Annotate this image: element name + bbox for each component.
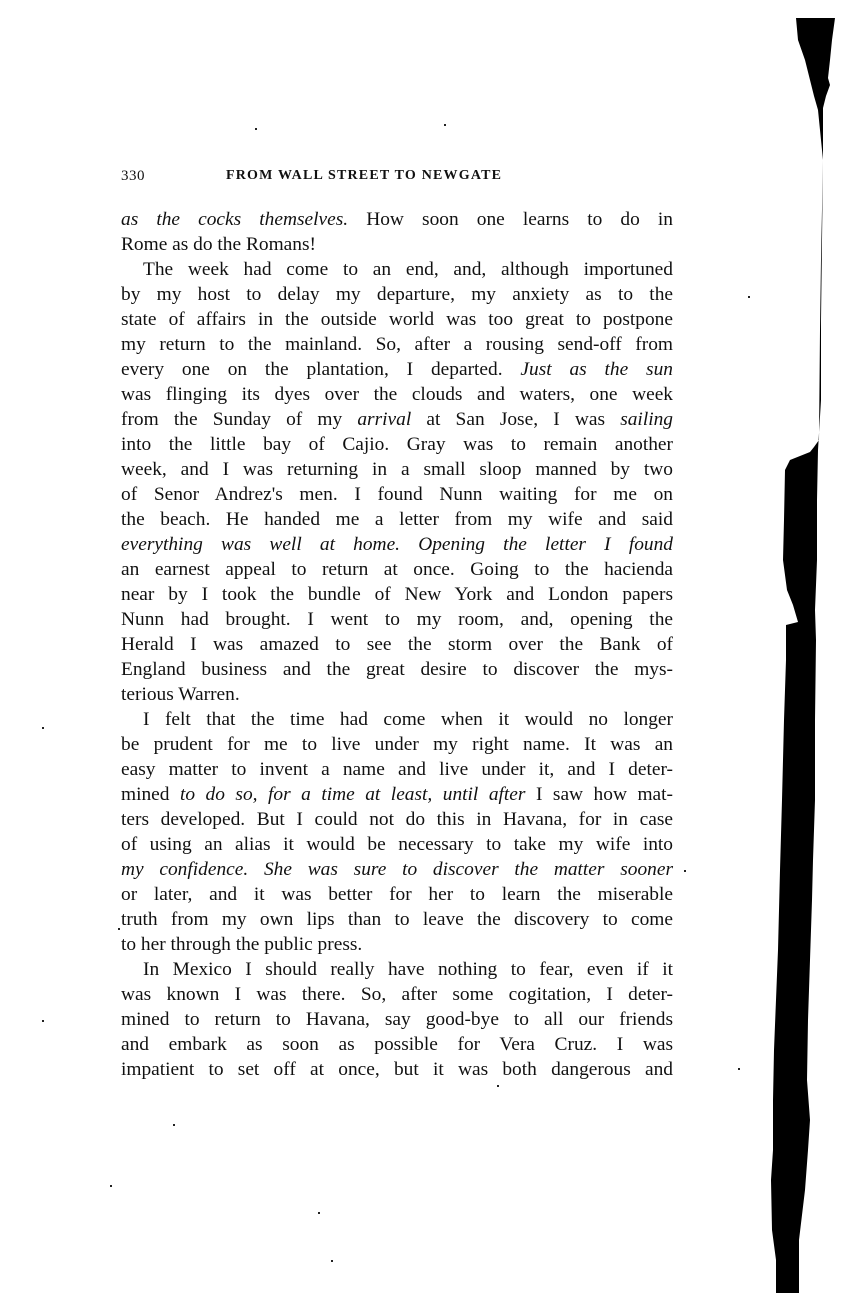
text-line: state of affairs in the outside world wa… [121, 307, 673, 332]
text-span: to her through the public press. [121, 934, 362, 955]
text-line: every one on the plantation, I departed.… [121, 357, 673, 382]
text-span: at San Jose, I was [411, 409, 620, 430]
text-span: the beach. He handed me a letter from my… [121, 509, 673, 530]
text-span: my return to the mainland. So, after a r… [121, 334, 673, 355]
text-line: of Senor Andrez's men. I found Nunn wait… [121, 482, 673, 507]
text-line: Herald I was amazed to see the storm ove… [121, 632, 673, 657]
text-span: easy matter to invent a name and live un… [121, 759, 673, 780]
scan-speck [738, 1068, 740, 1070]
text-line: the beach. He handed me a letter from my… [121, 507, 673, 532]
text-line: week, and I was returning in a small slo… [121, 457, 673, 482]
text-span: I saw how mat- [525, 784, 673, 805]
text-span: state of affairs in the outside world wa… [121, 309, 673, 330]
text-span: by my host to delay my departure, my anx… [121, 284, 673, 305]
text-span: week, and I was returning in a small slo… [121, 459, 673, 480]
scan-speck [684, 870, 686, 872]
italic-text-span: sailing [620, 409, 673, 430]
text-line: was known I was there. So, after some co… [121, 982, 673, 1007]
scan-speck [173, 1124, 175, 1126]
scan-speck [255, 128, 257, 130]
text-span: of Senor Andrez's men. I found Nunn wait… [121, 484, 673, 505]
body-text: as the cocks themselves. How soon one le… [121, 207, 673, 1082]
scan-speck [110, 1185, 112, 1187]
text-line: and embark as soon as possible for Vera … [121, 1032, 673, 1057]
text-span: every one on the plantation, I departed. [121, 359, 520, 380]
italic-text-span: as the cocks themselves. [121, 209, 348, 230]
scan-speck [118, 928, 120, 930]
text-line: as the cocks themselves. How soon one le… [121, 207, 673, 232]
text-line: everything was well at home. Opening the… [121, 532, 673, 557]
text-span: impatient to set off at once, but it was… [121, 1059, 673, 1080]
text-span: I felt that the time had come when it wo… [143, 709, 673, 730]
text-line: In Mexico I should really have nothing t… [121, 957, 673, 982]
text-line: my return to the mainland. So, after a r… [121, 332, 673, 357]
text-span: How soon one learns to do in [348, 209, 673, 230]
text-span: was known I was there. So, after some co… [121, 984, 673, 1005]
italic-text-span: my confidence. She was sure to discover … [121, 859, 673, 880]
text-line: into the little bay of Cajio. Gray was t… [121, 432, 673, 457]
italic-text-span: everything was well at home. Opening the… [121, 534, 673, 555]
text-line: to her through the public press. [121, 932, 673, 957]
text-span: truth from my own lips than to leave the… [121, 909, 673, 930]
text-span: of using an alias it would be necessary … [121, 834, 673, 855]
text-line: impatient to set off at once, but it was… [121, 1057, 673, 1082]
text-span: be prudent for me to live under my right… [121, 734, 673, 755]
text-span: an earnest appeal to return at once. Goi… [121, 559, 673, 580]
text-line: terious Warren. [121, 682, 673, 707]
text-line: of using an alias it would be necessary … [121, 832, 673, 857]
text-line: mined to return to Havana, say good-bye … [121, 1007, 673, 1032]
scanned-book-page: 330 FROM WALL STREET TO NEWGATE as the c… [0, 0, 844, 1306]
text-line: The week had come to an end, and, althou… [121, 257, 673, 282]
text-line: Rome as do the Romans! [121, 232, 673, 257]
text-span: ters developed. But I could not do this … [121, 809, 673, 830]
text-span: Rome as do the Romans! [121, 234, 316, 255]
text-span: was flinging its dyes over the clouds an… [121, 384, 673, 405]
scan-speck [497, 1085, 499, 1087]
scan-speck [331, 1260, 333, 1262]
scan-speck [42, 727, 44, 729]
text-line: mined to do so, for a time at least, unt… [121, 782, 673, 807]
text-span: The week had come to an end, and, althou… [143, 259, 673, 280]
text-span: Nunn had brought. I went to my room, and… [121, 609, 673, 630]
text-span: from the Sunday of my [121, 409, 357, 430]
text-line: was flinging its dyes over the clouds an… [121, 382, 673, 407]
running-head: 330 FROM WALL STREET TO NEWGATE [121, 168, 681, 190]
text-line: near by I took the bundle of New York an… [121, 582, 673, 607]
text-line: truth from my own lips than to leave the… [121, 907, 673, 932]
text-span: or later, and it was better for her to l… [121, 884, 673, 905]
text-line: my confidence. She was sure to discover … [121, 857, 673, 882]
text-line: England business and the great desire to… [121, 657, 673, 682]
text-span: Herald I was amazed to see the storm ove… [121, 634, 673, 655]
italic-text-span: to do so, for a time at least, until aft… [180, 784, 525, 805]
scan-speck [444, 124, 446, 126]
text-span: terious Warren. [121, 684, 240, 705]
scan-speck [42, 1020, 44, 1022]
scan-speck [318, 1212, 320, 1214]
text-span: into the little bay of Cajio. Gray was t… [121, 434, 673, 455]
text-line: be prudent for me to live under my right… [121, 732, 673, 757]
text-line: Nunn had brought. I went to my room, and… [121, 607, 673, 632]
text-line: an earnest appeal to return at once. Goi… [121, 557, 673, 582]
running-head-title: FROM WALL STREET TO NEWGATE [226, 168, 502, 184]
text-line: ters developed. But I could not do this … [121, 807, 673, 832]
text-span: near by I took the bundle of New York an… [121, 584, 673, 605]
text-line: easy matter to invent a name and live un… [121, 757, 673, 782]
text-span: and embark as soon as possible for Vera … [121, 1034, 673, 1055]
text-line: from the Sunday of my arrival at San Jos… [121, 407, 673, 432]
text-line: by my host to delay my departure, my anx… [121, 282, 673, 307]
text-span: In Mexico I should really have nothing t… [143, 959, 673, 980]
text-line: I felt that the time had come when it wo… [121, 707, 673, 732]
text-line: or later, and it was better for her to l… [121, 882, 673, 907]
page-number: 330 [121, 168, 145, 185]
scan-speck [748, 296, 750, 298]
italic-text-span: Just as the sun [520, 359, 673, 380]
text-span: mined [121, 784, 180, 805]
text-span: mined to return to Havana, say good-bye … [121, 1009, 673, 1030]
text-span: England business and the great desire to… [121, 659, 673, 680]
italic-text-span: arrival [357, 409, 411, 430]
